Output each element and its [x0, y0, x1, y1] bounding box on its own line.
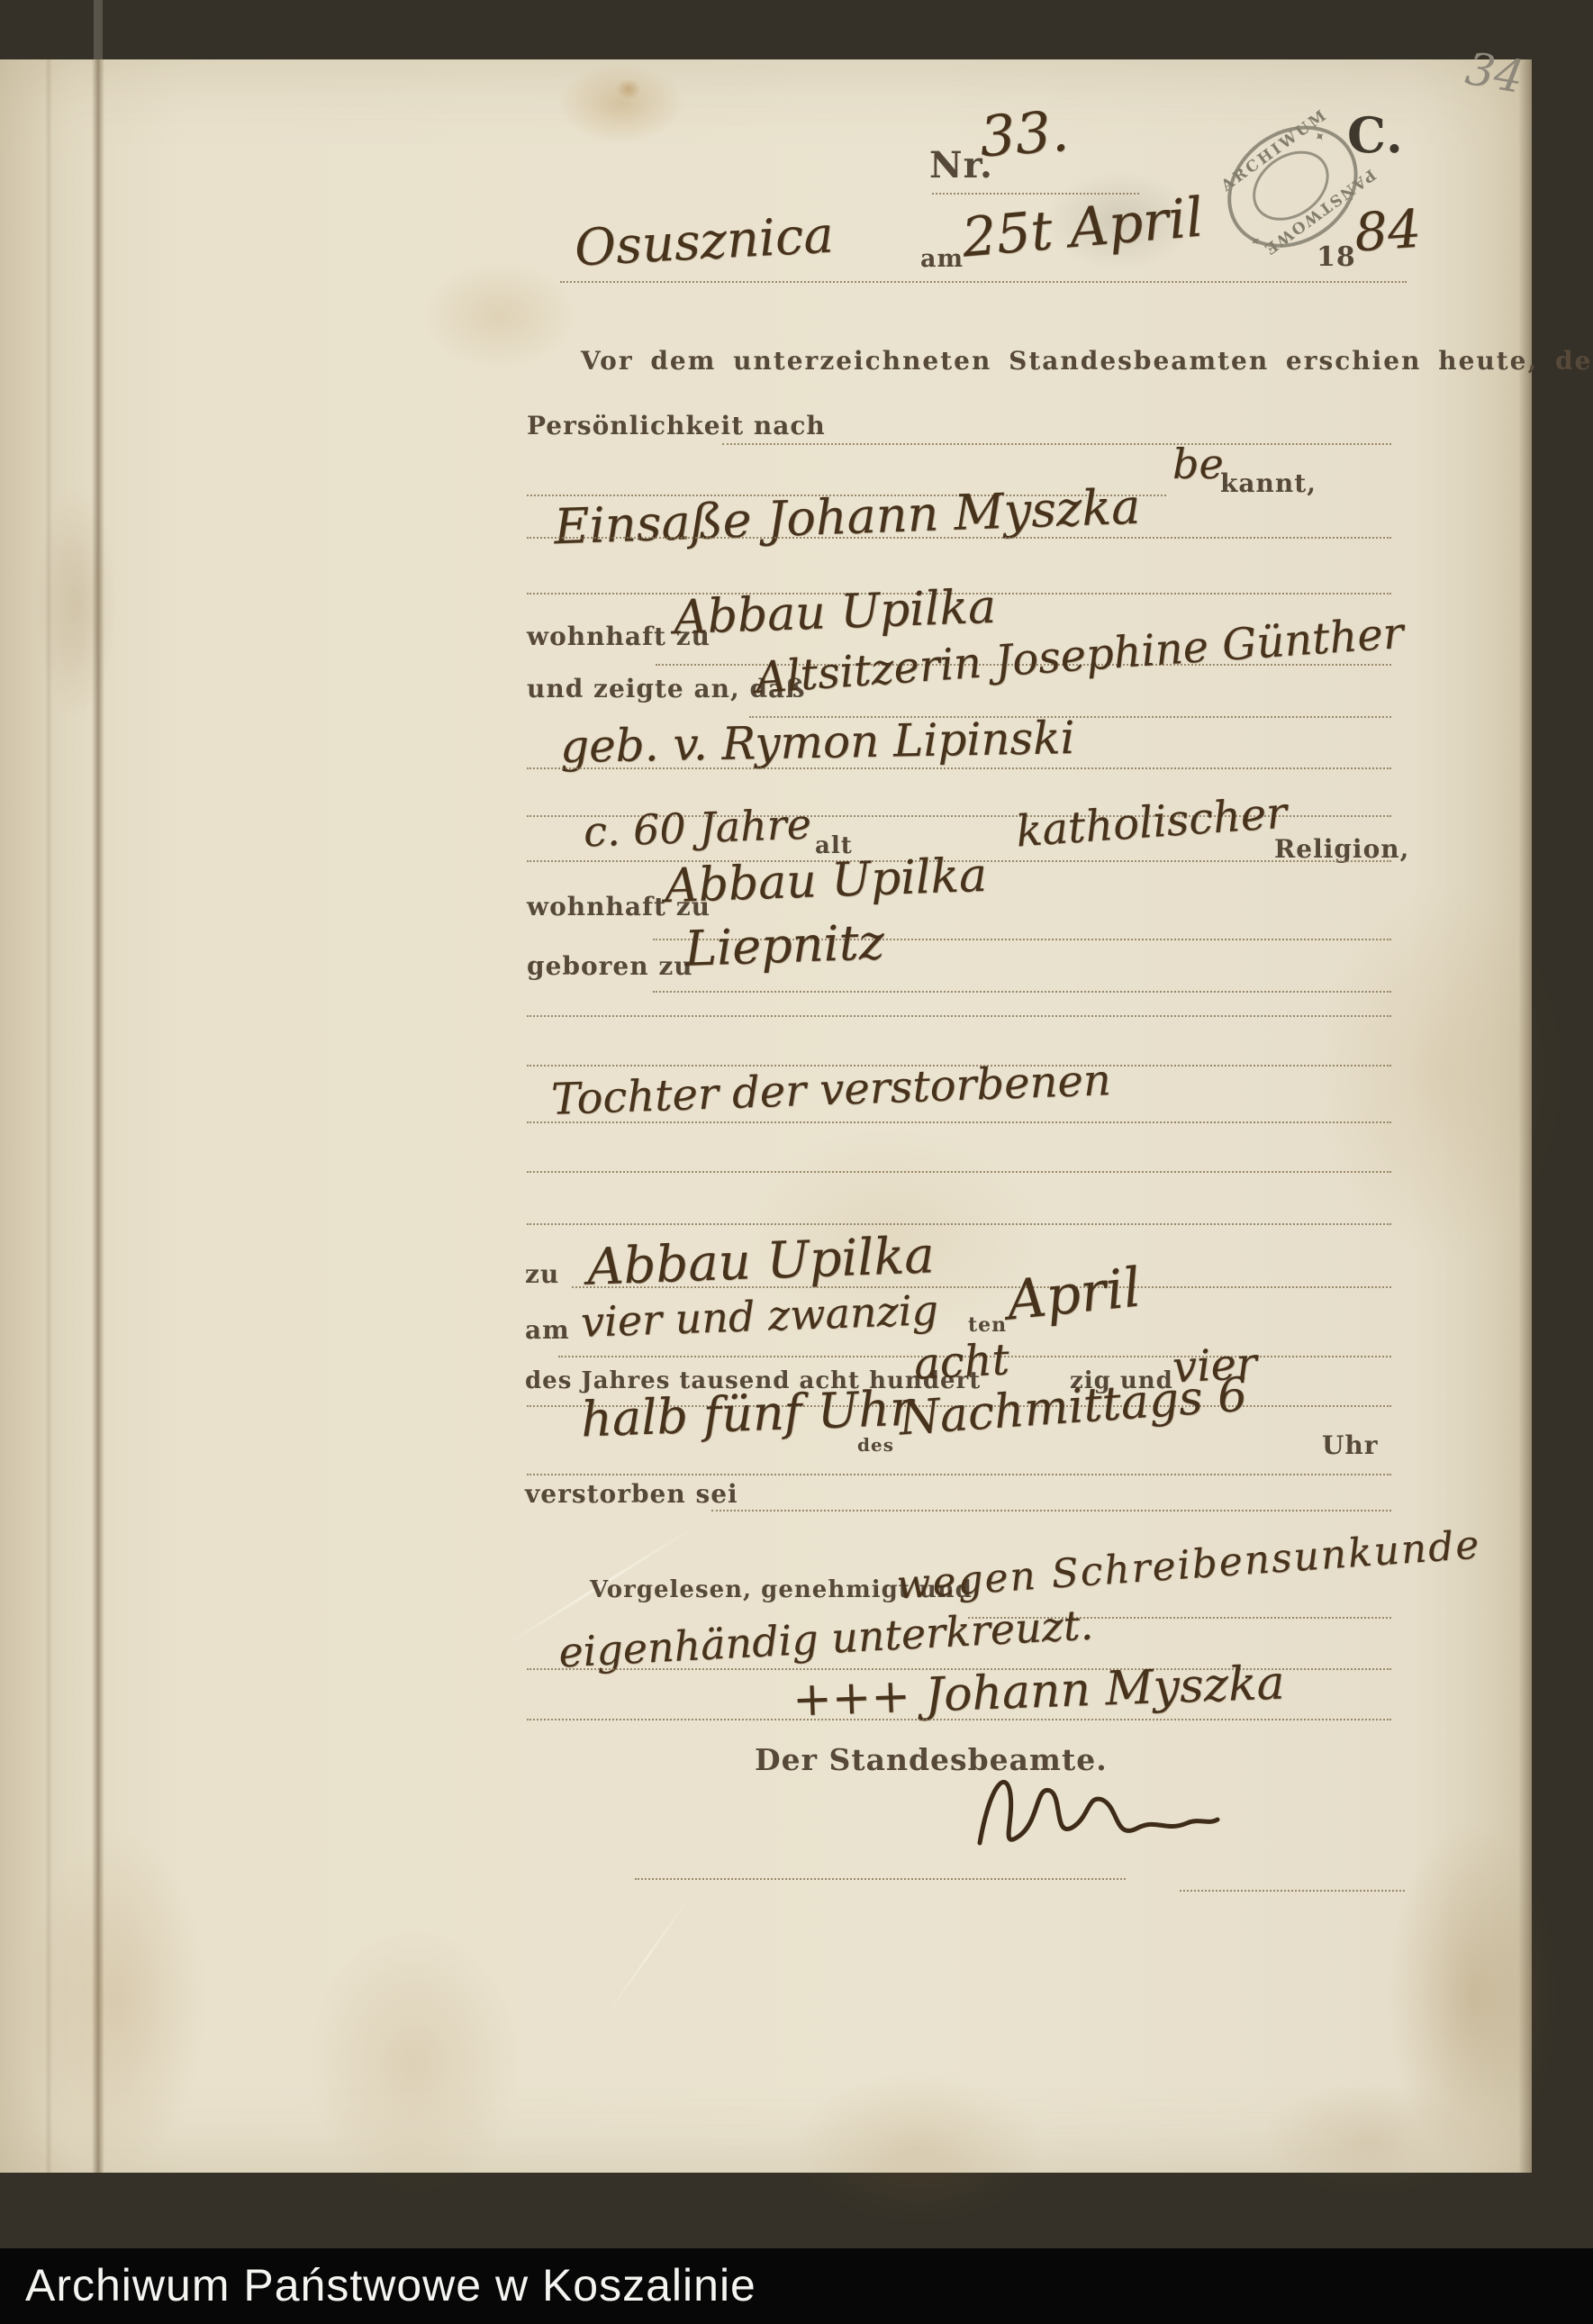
ruled-line [572, 1286, 1391, 1288]
ruled-line [527, 1719, 1391, 1720]
ruled-line [1180, 1890, 1405, 1892]
deathday-suffix-label: ten [968, 1313, 1007, 1337]
pencil-page-number: 34 [1462, 42, 1527, 104]
scanned-document-photo: Nr. 33. ARCHIWUM PAŃSTWOWE ✦ ✦ C. 34 Osu… [0, 0, 1593, 2324]
ruled-line [527, 1015, 1391, 1017]
deathtime-label1: des [857, 1434, 894, 1456]
ruled-line [527, 1121, 1391, 1123]
ruled-line [722, 443, 1391, 445]
personality-label: Persönlichkeit nach [527, 411, 826, 440]
archive-watermark-text: Archiwum Państwowe w Koszalinie [25, 2259, 756, 2311]
ruled-line [527, 537, 1391, 539]
ruled-line [635, 1878, 1126, 1880]
dateline-year-written: 84 [1353, 198, 1423, 264]
deathplace-label: zu [525, 1259, 559, 1289]
ruled-line [527, 1474, 1391, 1475]
ruled-line [653, 991, 1391, 993]
registrar-signature [964, 1764, 1225, 1863]
dateline-am-label: am [920, 245, 964, 273]
top-band-seam [94, 0, 103, 59]
deathtime-label2: Uhr [1322, 1430, 1379, 1460]
ruled-line [560, 281, 1407, 283]
known-written-prefix: be [1172, 440, 1224, 488]
residence2-written: Abbau Upilka [664, 849, 988, 913]
ruled-line [711, 1510, 1391, 1512]
residence1-written: Abbau Upilka [673, 580, 997, 645]
ruled-line [527, 1171, 1391, 1173]
deathday-label: am [525, 1315, 570, 1345]
age-written: c. 60 Jahre [583, 800, 812, 857]
form-letter-c: C. [1347, 106, 1404, 164]
deathyear-written1: acht [913, 1334, 1010, 1389]
form-intro-text: Vor dem unterzeichneten Standesbeamten e… [581, 346, 1593, 376]
birthplace-written: Liepnitz [683, 913, 885, 977]
closing-label: verstorben sei [525, 1479, 738, 1509]
ruled-line [527, 767, 1391, 769]
record-number-value: 33. [978, 98, 1071, 170]
birthplace-label: geboren zu [527, 951, 693, 981]
dateline-year-printed: 18 [1317, 241, 1356, 273]
known-printed: kannt, [1220, 468, 1317, 498]
birthname-written: geb. v. Rymon Lipinski [560, 712, 1075, 773]
ruled-line [527, 1223, 1391, 1225]
